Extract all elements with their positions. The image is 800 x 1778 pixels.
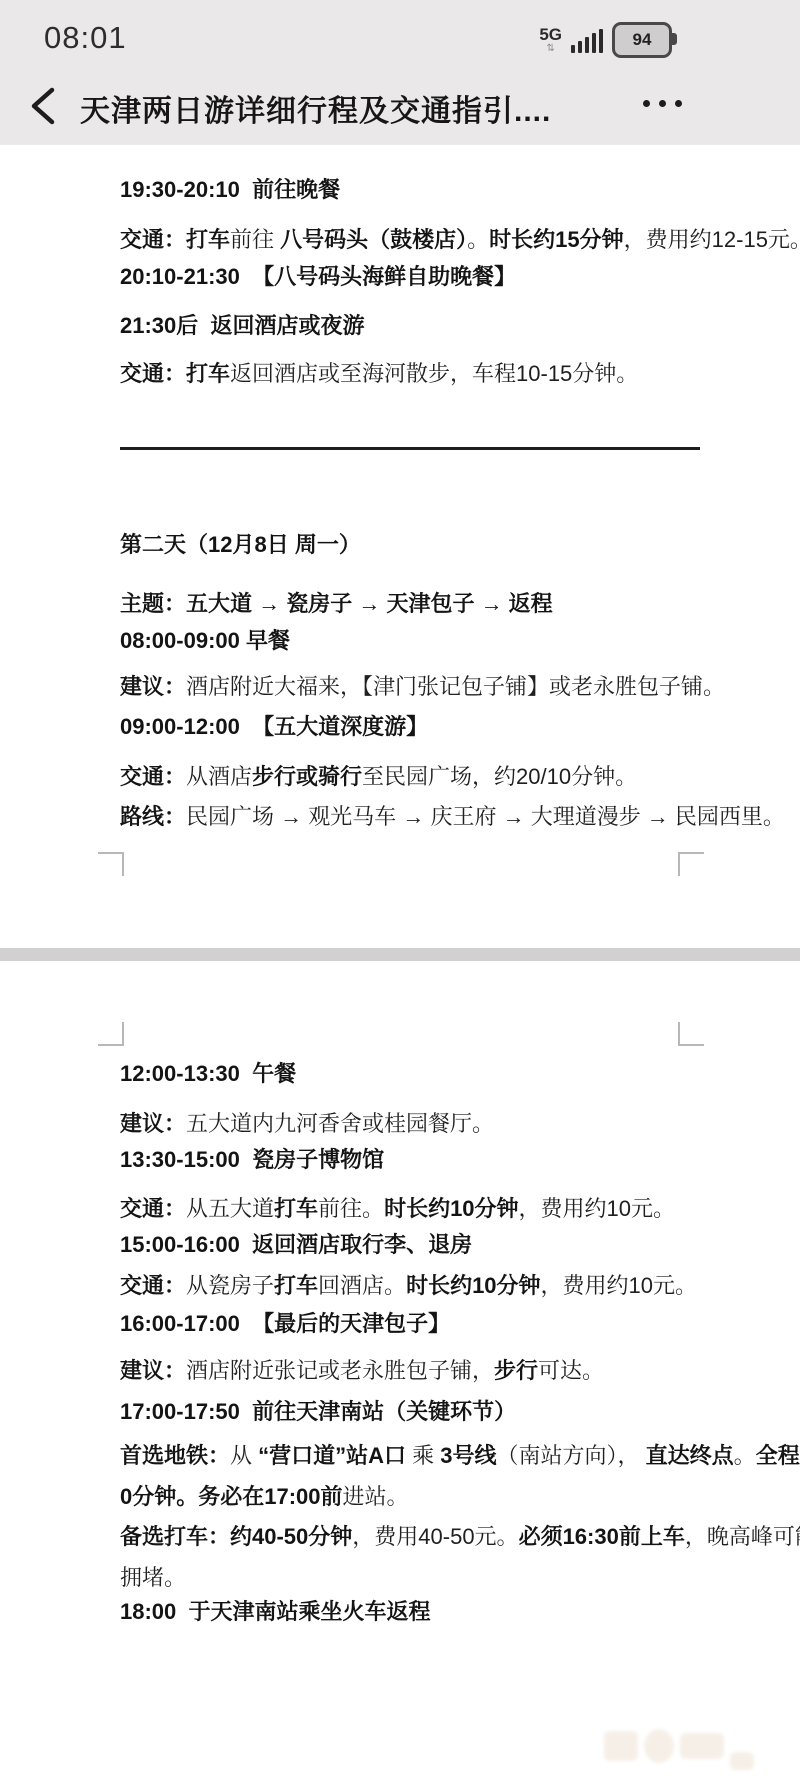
data-arrows-icon: ⇅ — [546, 44, 554, 54]
header-area: 08:01 5G ⇅ 94 — [0, 0, 800, 145]
chevron-left-icon — [26, 84, 66, 128]
doc-line: 21:30后 返回酒店或夜游 — [120, 310, 365, 342]
doc-line: 交通：打车前往 八号码头（鼓楼店）。时长约15分钟，费用约12-15元。 — [120, 224, 800, 256]
doc-line: 18:00 于天津南站乘坐火车返程 — [120, 1596, 431, 1628]
battery-icon: 94 — [612, 22, 672, 58]
doc-line: 交通：从瓷房子打车回酒店。时长约10分钟，费用约10元。 — [120, 1270, 697, 1302]
doc-line: 20:10-21:30 【八号码头海鲜自助晚餐】 — [120, 261, 516, 293]
ellipsis-icon — [643, 100, 650, 107]
network-indicator: 5G ⇅ — [539, 26, 562, 54]
doc-line: 12:00-13:30 午餐 — [120, 1058, 296, 1090]
doc-line: 首选地铁：从 “营口道”站A口 乘 3号线（南站方向）， 直达终点。全程约5 — [120, 1440, 800, 1472]
doc-line: 19:30-20:10 前往晚餐 — [120, 174, 340, 206]
page1-bottom-left-mark — [98, 852, 124, 876]
doc-line: 13:30-15:00 瓷房子博物馆 — [120, 1144, 384, 1176]
page-title: 天津两日游详细行程及交通指引.... — [80, 86, 620, 130]
status-right-cluster: 5G ⇅ 94 — [539, 22, 672, 58]
battery-nub — [672, 33, 677, 45]
doc-line: 备选打车：约40-50分钟，费用40-50元。必须16:30前上车，晚高峰可能 — [120, 1521, 800, 1553]
doc-line: 08:00-09:00 早餐 — [120, 625, 290, 657]
page-separator-band — [0, 948, 800, 961]
doc-line: 0分钟。务必在17:00前进站。 — [120, 1481, 409, 1513]
doc-line: 交通：从酒店步行或骑行至民园广场，约20/10分钟。 — [120, 761, 637, 793]
doc-line: 主题：五大道 → 瓷房子 → 天津包子 → 返程 — [120, 588, 553, 620]
page1-bottom-right-mark — [678, 852, 704, 876]
document-scroll-area[interactable]: 19:30-20:10 前往晚餐交通：打车前往 八号码头（鼓楼店）。时长约15分… — [0, 145, 800, 1778]
doc-line: 建议：酒店附近大福来，【津门张记包子铺】或老永胜包子铺。 — [120, 671, 725, 703]
doc-line: 第二天（12月8日 周一） — [120, 529, 361, 561]
day-divider-rule — [120, 447, 700, 450]
page2-top-left-mark — [98, 1022, 124, 1046]
doc-line: 15:00-16:00 返回酒店取行李、退房 — [120, 1229, 472, 1261]
signal-bars-icon — [571, 27, 603, 53]
nav-bar: 天津两日游详细行程及交通指引.... — [0, 70, 800, 142]
doc-line: 17:00-17:50 前往天津南站（关键环节） — [120, 1396, 516, 1428]
page2-top-right-mark — [678, 1022, 704, 1046]
network-type-label: 5G — [539, 26, 562, 43]
status-bar: 08:01 5G ⇅ 94 — [0, 8, 800, 64]
doc-line: 09:00-12:00 【五大道深度游】 — [120, 711, 428, 743]
doc-line: 建议：酒店附近张记或老永胜包子铺，步行可达。 — [120, 1355, 604, 1387]
doc-line: 交通：打车返回酒店或至海河散步，车程10-15分钟。 — [120, 358, 638, 390]
doc-line: 建议：五大道内九河香舍或桂园餐厅。 — [120, 1108, 494, 1140]
doc-line: 拥堵。 — [120, 1562, 186, 1594]
phone-screen: 08:01 5G ⇅ 94 — [0, 0, 800, 1778]
back-button[interactable] — [26, 84, 66, 128]
battery-percent: 94 — [633, 30, 652, 50]
doc-line: 路线：民园广场 → 观光马车 → 庆王府 → 大理道漫步 → 民园西里。 — [120, 801, 785, 833]
more-menu-button[interactable] — [643, 100, 682, 107]
status-time: 08:01 — [44, 20, 127, 56]
doc-line: 16:00-17:00 【最后的天津包子】 — [120, 1308, 450, 1340]
watermark — [604, 1722, 764, 1770]
doc-line: 交通：从五大道打车前往。时长约10分钟，费用约10元。 — [120, 1193, 675, 1225]
